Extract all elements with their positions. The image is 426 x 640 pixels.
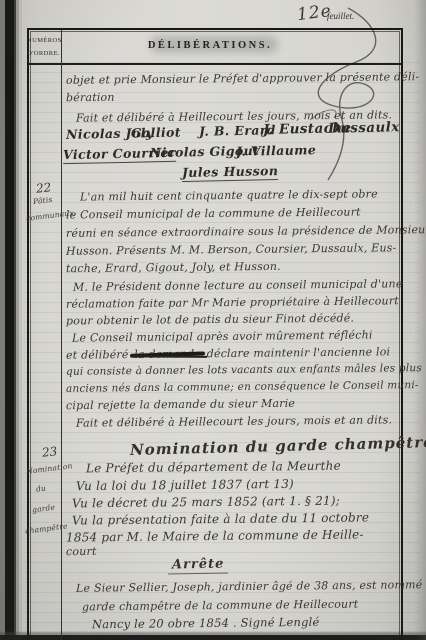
document-page: 12e feuillet. NUMÉROS D'ORDRE. DÉLIBÉRAT…: [0, 0, 426, 640]
struck-out-text: la demande: [132, 347, 203, 361]
signature-name: Jules Husson: [182, 163, 279, 182]
signature: Galliot: [131, 124, 181, 140]
margin-entry-number-22: 22: [35, 180, 52, 196]
manuscript-line: bération: [66, 91, 115, 105]
manuscript-line: Nancy le 20 obre 1854 . Signé Lenglé: [92, 615, 320, 631]
manuscript-line: cipal rejette la demande du sieur Marie: [66, 397, 295, 412]
signature: Dussaulx: [328, 119, 400, 136]
book-binding-edge: [0, 0, 22, 640]
arrete-heading: Arrête: [168, 556, 229, 574]
column-divider: [61, 30, 62, 640]
manuscript-line: tache, Erard, Gigout, Joly, et Husson.: [66, 260, 281, 275]
margin-entry-number-23: 23: [41, 444, 58, 460]
signature: Jules Husson: [182, 163, 279, 180]
signature: J. Villaume: [236, 142, 316, 159]
manuscript-line: Vu le décret du 25 mars 1852 (art 1. § 2…: [72, 494, 340, 511]
column-header-numeros-line1: NUMÉROS: [27, 34, 60, 47]
manuscript-text: déclare maintenir l'ancienne loi: [207, 345, 391, 360]
folio-label: feuillet.: [327, 11, 354, 21]
column-header-deliberations: DÉLIBÉRATIONS.: [60, 40, 360, 51]
margin-note-23-line2: du: [35, 483, 46, 493]
column-header-ordre-line2: D'ORDRE.: [27, 47, 60, 60]
manuscript-line: court: [66, 545, 97, 558]
manuscript-line: Vu la loi du 18 juillet 1837 (art 13): [76, 477, 294, 493]
manuscript-line: Le Préfet du département de la Meurthe: [86, 459, 341, 476]
column-header-numeros: NUMÉROS D'ORDRE.: [27, 34, 60, 60]
page-right-edge: [414, 0, 426, 640]
table-header-separator: [29, 63, 401, 65]
manuscript-text: et délibéré: [66, 348, 129, 362]
